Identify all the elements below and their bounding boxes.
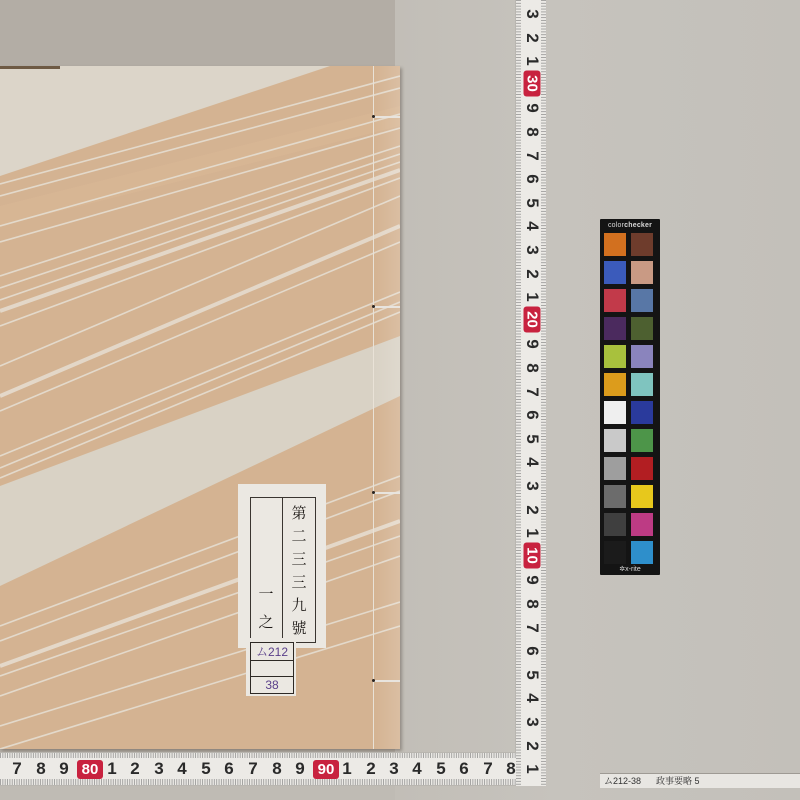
label-char: 號 — [291, 617, 306, 640]
color-swatch — [631, 457, 653, 480]
color-swatch — [604, 485, 626, 508]
color-swatch — [631, 485, 653, 508]
ruler-number: 4 — [522, 688, 542, 708]
ruler-number: 8 — [500, 759, 522, 779]
ruler-number: 7 — [522, 146, 542, 166]
ruler-number: 6 — [522, 169, 542, 189]
label-divider — [282, 498, 283, 642]
ruler-number: 2 — [522, 264, 542, 284]
color-swatch — [631, 513, 653, 536]
ruler-number: 9 — [53, 759, 75, 779]
call-number-line: ム212 — [251, 643, 293, 661]
ruler-number: 3 — [383, 759, 405, 779]
color-swatch — [631, 261, 653, 284]
ruler-number: 80 — [77, 760, 103, 779]
color-swatch — [604, 289, 626, 312]
caption-strip: ム212-38 政事要略 5 — [600, 773, 800, 788]
ruler-number: 8 — [266, 759, 288, 779]
ruler-number: 9 — [522, 334, 542, 354]
ruler-number: 7 — [242, 759, 264, 779]
label-char: 之 — [258, 608, 273, 636]
ruler-number: 9 — [522, 570, 542, 590]
ruler-number: 2 — [360, 759, 382, 779]
call-number-line — [251, 661, 293, 677]
label-char: 二 — [291, 525, 306, 548]
call-number-tag: ム212 38 — [246, 638, 296, 696]
binding-stitch — [373, 116, 400, 118]
ruler-number: 1 — [336, 759, 358, 779]
ruler-number: 10 — [524, 542, 541, 568]
ruler-number: 2 — [522, 736, 542, 756]
color-swatch — [631, 233, 653, 256]
color-swatch — [604, 261, 626, 284]
ruler-number: 5 — [430, 759, 452, 779]
book-cover — [0, 66, 400, 749]
ruler-number: 6 — [522, 641, 542, 661]
binding-stitch — [373, 306, 400, 308]
title-light: color — [608, 222, 624, 229]
ruler-number: 2 — [522, 28, 542, 48]
light-backdrop — [395, 0, 800, 800]
stitch-hole — [372, 679, 375, 682]
ruler-number: 9 — [522, 98, 542, 118]
cover-stripe-pattern — [0, 66, 400, 749]
ruler-number: 7 — [522, 382, 542, 402]
color-swatch — [631, 289, 653, 312]
label-char: 三 — [291, 571, 306, 594]
ruler-number: 1 — [522, 759, 542, 779]
ruler-number: 4 — [406, 759, 428, 779]
ruler-number: 5 — [522, 193, 542, 213]
ruler-number: 1 — [522, 523, 542, 543]
ruler-number: 3 — [148, 759, 170, 779]
ruler-number: 30 — [524, 70, 541, 96]
ruler-number: 4 — [522, 216, 542, 236]
ruler-number: 7 — [6, 759, 28, 779]
color-swatch — [631, 345, 653, 368]
stitch-hole — [372, 115, 375, 118]
ruler-number: 1 — [522, 51, 542, 71]
ruler-number: 5 — [195, 759, 217, 779]
ruler-number: 2 — [522, 500, 542, 520]
ruler-number: 7 — [477, 759, 499, 779]
color-swatch — [631, 429, 653, 452]
horizontal-ruler: 789801234567899012345678 — [0, 752, 516, 786]
ruler-number: 5 — [522, 429, 542, 449]
title-label: 第 二 三 三 九 號 一 之 冊 — [238, 484, 326, 648]
ruler-number: 1 — [522, 287, 542, 307]
color-swatch — [604, 457, 626, 480]
ruler-number: 8 — [522, 358, 542, 378]
ruler-number: 6 — [453, 759, 475, 779]
label-frame: 第 二 三 三 九 號 一 之 冊 — [250, 497, 316, 643]
ruler-number: 8 — [30, 759, 52, 779]
color-swatch — [604, 233, 626, 256]
label-char: 三 — [291, 548, 306, 571]
ruler-number: 3 — [522, 712, 542, 732]
label-number-column: 第 二 三 三 九 號 — [285, 502, 313, 640]
ruler-number: 5 — [522, 665, 542, 685]
ruler-number: 8 — [522, 594, 542, 614]
ruler-number: 3 — [522, 240, 542, 260]
color-swatch — [604, 429, 626, 452]
call-number-grid: ム212 38 — [250, 642, 294, 694]
binding-thread — [373, 66, 374, 749]
ruler-number: 2 — [124, 759, 146, 779]
color-swatch — [604, 345, 626, 368]
ruler-number: 6 — [522, 405, 542, 425]
xrite-text: x-rite — [625, 566, 641, 573]
xrite-logo: ✲x-rite — [600, 565, 660, 573]
color-swatch — [604, 513, 626, 536]
book-fore-edge — [374, 66, 400, 749]
ruler-number: 3 — [522, 4, 542, 24]
stitch-hole — [372, 305, 375, 308]
color-swatch — [604, 317, 626, 340]
ruler-number: 6 — [218, 759, 240, 779]
color-swatch — [631, 373, 653, 396]
binding-stitch — [373, 492, 400, 494]
color-checker-title: colorchecker — [600, 222, 660, 229]
color-swatch — [631, 541, 653, 564]
ruler-number: 7 — [522, 618, 542, 638]
label-char: 一 — [258, 580, 273, 608]
caption-title: 政事要略 5 — [656, 774, 700, 788]
stitch-hole — [372, 491, 375, 494]
ruler-number: 3 — [522, 476, 542, 496]
color-swatch-grid — [604, 233, 656, 564]
ruler-number: 1 — [101, 759, 123, 779]
color-swatch — [631, 401, 653, 424]
color-swatch — [604, 401, 626, 424]
ruler-number: 4 — [171, 759, 193, 779]
call-number-line: 38 — [251, 677, 293, 693]
color-checker-card: colorchecker ✲x-rite — [600, 219, 660, 575]
ruler-number: 20 — [524, 306, 541, 332]
title-bold: checker — [624, 222, 652, 229]
color-swatch — [604, 541, 626, 564]
binding-stitch — [373, 680, 400, 682]
color-swatch — [604, 373, 626, 396]
color-swatch — [631, 317, 653, 340]
ruler-number: 8 — [522, 122, 542, 142]
label-char: 九 — [291, 594, 306, 617]
ruler-number: 4 — [522, 452, 542, 472]
vertical-ruler: 321309876543212098765432110987654321 — [515, 0, 546, 786]
ruler-number: 9 — [289, 759, 311, 779]
caption-call-number: ム212-38 — [604, 774, 641, 788]
label-char: 第 — [291, 502, 306, 525]
